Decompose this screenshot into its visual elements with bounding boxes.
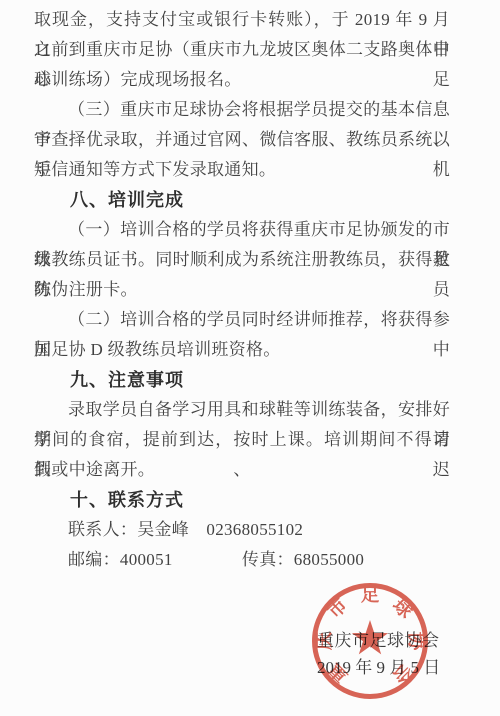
- text-line: （一）培训合格的学员将获得重庆市足协颁发的市级足: [34, 215, 450, 245]
- text-line: 录取学员自备学习用具和球鞋等训练装备，安排好学习: [34, 395, 450, 425]
- section-heading: 八、培训完成: [34, 185, 450, 215]
- seal-arc-char: 球: [388, 594, 417, 623]
- document-body: 取现金，支持支付宝或银行卡转账），于 2019 年 9 月 11 日之前到重庆市…: [34, 5, 450, 575]
- section-heading: 十、联系方式: [34, 485, 450, 515]
- text-line: 联系人：吴金峰 02368055102: [34, 515, 450, 545]
- signature-org-name: 重庆市足球协会: [317, 627, 467, 655]
- text-line: 邮编：400051 传真：68055000: [34, 545, 450, 575]
- text-line: （三）重庆市足球协会将根据学员提交的基本信息予以: [34, 95, 450, 125]
- text-line: 球教练员证书。同时顺利成为系统注册教练员，获得教练员: [34, 245, 450, 275]
- scanned-document-page: 取现金，支持支付宝或银行卡转账），于 2019 年 9 月 11 日之前到重庆市…: [0, 0, 500, 716]
- text-line: 取现金，支持支付宝或银行卡转账），于 2019 年 9 月 11 日: [34, 5, 450, 35]
- text-line: （二）培训合格的学员同时经讲师推荐，将获得参加中: [34, 305, 450, 335]
- seal-arc-char: 足: [361, 585, 380, 606]
- signature-block: 重庆市足球协会 2019 年 9 月 5 日: [317, 627, 467, 681]
- signature-date: 2019 年 9 月 5 日: [317, 655, 467, 681]
- section-heading: 九、注意事项: [34, 365, 450, 395]
- text-line: 之前到重庆市足协（重庆市九龙坡区奥体二支路奥体中心足: [34, 35, 450, 65]
- text-line: 期间的食宿，提前到达，按时上课。培训期间不得请假、迟: [34, 425, 450, 455]
- text-line: 审查择优录取，并通过官网、微信客服、教练员系统、手机: [34, 125, 450, 155]
- seal-arc-char: 市: [323, 594, 352, 623]
